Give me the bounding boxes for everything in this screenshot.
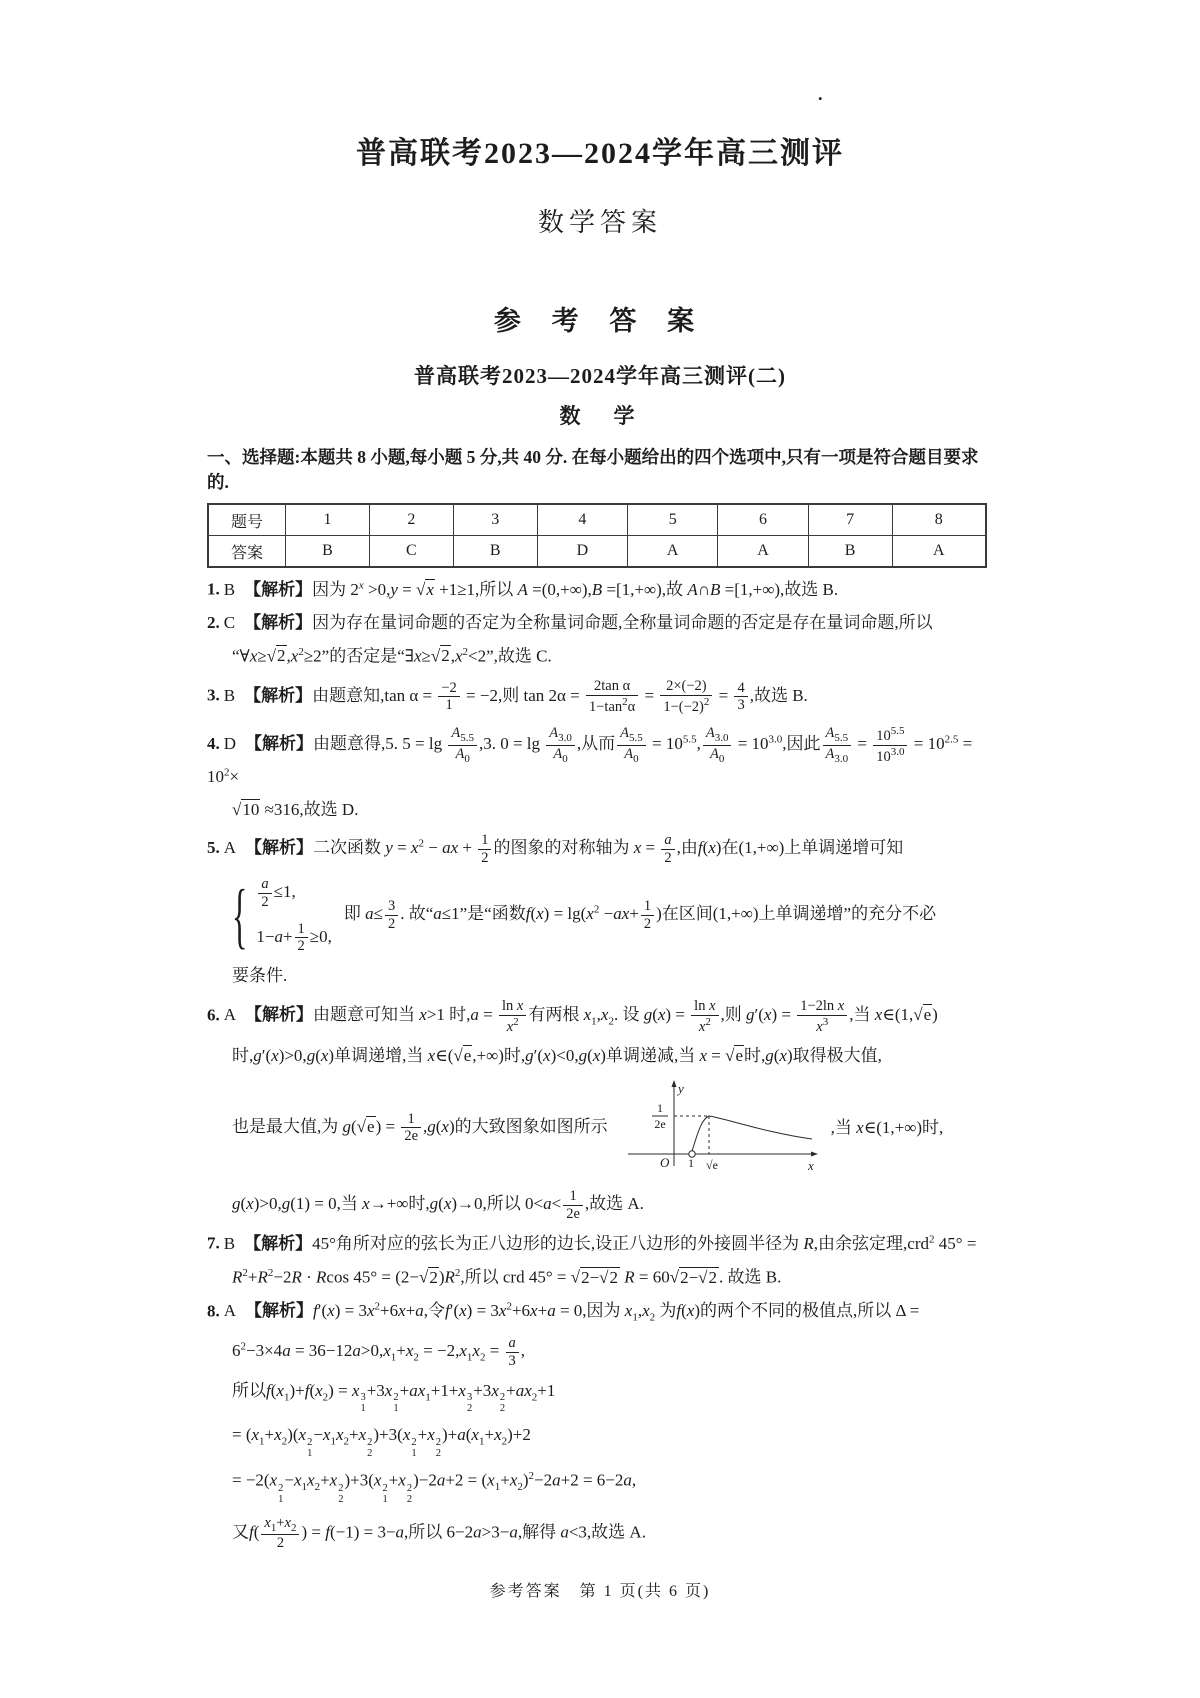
question-number-row: 题号 1 2 3 4 5 6 7 8 — [208, 504, 986, 536]
question-number: 3. — [207, 686, 220, 705]
solution-line: { a2≤1, 1−a+12≥0, 即 a≤32. 故“a≤1”是“函数f(x)… — [207, 876, 993, 955]
question-number-cell: 7 — [808, 504, 892, 536]
main-title: 普高联考2023—2024学年高三测评 — [207, 128, 993, 172]
solutions-list: 1.B【解析】因为 2x >0,y = √x +1≥1,所以 A =(0,+∞)… — [207, 578, 993, 1552]
solution-6: 6.A【解析】由题意可知当 x>1 时,a = ln xx2有两根 x1,x2.… — [207, 998, 993, 1222]
solution-line: 2.C【解析】因为存在量词命题的否定为全称量词命题,全称量词命题的否定是存在量词… — [207, 612, 993, 635]
page-footer: 参考答案 第 1 页(共 6 页) — [207, 1578, 993, 1601]
solution-text: 【解析】因为存在量词命题的否定为全称量词命题,全称量词命题的否定是存在量词命题,… — [244, 613, 933, 632]
question-number-cell: 1 — [286, 504, 370, 536]
answer-letter: A — [224, 1005, 236, 1024]
solution-2: 2.C【解析】因为存在量词命题的否定为全称量词命题,全称量词命题的否定是存在量词… — [207, 612, 993, 669]
solution-text: ,当 x∈(1,+∞)时, — [831, 1117, 944, 1140]
solution-line: 时,g′(x)>0,g(x)单调递增,当 x∈(√e,+∞)时,g′(x)<0,… — [207, 1045, 993, 1068]
solution-text: 即 a≤32. 故“a≤1”是“函数f(x) = lg(x2 −ax+12)在区… — [344, 898, 936, 932]
solution-7: 7.B【解析】45°角所对应的弦长为正八边形的边长,设正八边形的外接圆半径为 R… — [207, 1232, 993, 1289]
answer-cell: B — [453, 536, 537, 568]
answer-letter: A — [224, 838, 236, 857]
solution-line: 7.B【解析】45°角所对应的弦长为正八边形的边长,设正八边形的外接圆半径为 R… — [207, 1232, 993, 1256]
solution-line: 6.A【解析】由题意可知当 x>1 时,a = ln xx2有两根 x1,x2.… — [207, 998, 993, 1035]
question-number: 8. — [207, 1301, 220, 1320]
answer-cell: D — [537, 536, 627, 568]
question-number-cell: 4 — [537, 504, 627, 536]
question-number-cell: 2 — [369, 504, 453, 536]
solution-line: g(x)>0,g(1) = 0,当 x→+∞时,g(x)→0,所以 0<a<12… — [207, 1188, 993, 1222]
g-function-curve — [692, 1116, 812, 1151]
subtitle: 数学答案 — [207, 202, 993, 239]
x-tick-1: 1 — [688, 1156, 694, 1170]
section-1-header: 一、选择题:本题共 8 小题,每小题 5 分,共 40 分. 在每小题给出的四个… — [207, 444, 993, 494]
content-column: 普高联考2023—2024学年高三测评 数学答案 参 考 答 案 普高联考202… — [207, 0, 993, 1601]
question-number: 2. — [207, 613, 220, 632]
solution-text: 【解析】45°角所对应的弦长为正八边形的边长,设正八边形的外接圆半径为 R,由余… — [244, 1234, 976, 1253]
answer-cell: B — [286, 536, 370, 568]
solution-line: R2+R2−2R · Rcos 45° = (2−√2)R2,所以 crd 45… — [207, 1266, 993, 1290]
solution-3: 3.B【解析】由题意知,tan α = −21 = −2,则 tan 2α = … — [207, 678, 993, 715]
case-condition-2: 1−a+12≥0, — [256, 921, 332, 955]
table-row-label: 题号 — [208, 504, 286, 536]
solution-text: 【解析】因为 2x >0,y = √x +1≥1,所以 A =(0,+∞),B … — [244, 580, 838, 599]
solution-line-with-graph: 也是最大值,为 g(√e) = 12e,g(x)的大致图象如图所示 — [207, 1078, 993, 1178]
solution-line: 62−3×4a = 36−12a>0,x1+x2 = −2,x1x2 = a3, — [207, 1335, 993, 1369]
answer-letter: D — [224, 734, 236, 753]
question-number-cell: 8 — [892, 504, 986, 536]
question-number-cell: 3 — [453, 504, 537, 536]
solution-line: 4.D【解析】由题意得,5. 5 = lg A5.5A0,3. 0 = lg A… — [207, 725, 993, 789]
answer-cell: A — [628, 536, 718, 568]
solution-line: 5.A【解析】二次函数 y = x2 − ax + 12的图象的对称轴为 x =… — [207, 832, 993, 866]
frac-denominator-label: 2e — [654, 1117, 665, 1131]
answer-letter: B — [224, 580, 235, 599]
y-axis-arrow — [671, 1080, 676, 1087]
solution-line: 1.B【解析】因为 2x >0,y = √x +1≥1,所以 A =(0,+∞)… — [207, 578, 993, 602]
x-tick-sqrt-e: √e — [706, 1158, 718, 1172]
solution-line: 又f(x1+x22) = f(−1) = 3−a,所以 6−2a>3−a,解得 … — [207, 1515, 993, 1552]
answer-letter: B — [224, 1234, 235, 1253]
subject-title: 数 学 — [207, 400, 993, 430]
question-number: 1. — [207, 580, 220, 599]
reference-answers-heading: 参 考 答 案 — [207, 299, 993, 338]
question-number: 6. — [207, 1005, 220, 1024]
solution-line: = −2(x21−x1x2+x22)+3(x21+x22)−2a+2 = (x1… — [207, 1469, 993, 1504]
solution-text: 也是最大值,为 g(√e) = 12e,g(x)的大致图象如图所示 — [232, 1111, 608, 1145]
answer-table: 题号 1 2 3 4 5 6 7 8 答案 B C B D A A B A — [207, 503, 987, 568]
answer-cell: B — [808, 536, 892, 568]
solution-text: 【解析】f′(x) = 3x2+6x+a,令f′(x) = 3x2+6x+a =… — [245, 1301, 919, 1320]
question-number-cell: 6 — [718, 504, 808, 536]
x-axis-arrow — [811, 1151, 818, 1156]
solution-text: 【解析】由题意知,tan α = −21 = −2,则 tan 2α = 2ta… — [244, 686, 808, 705]
case-condition-1: a2≤1, — [256, 876, 332, 910]
question-number: 7. — [207, 1234, 220, 1253]
solution-line: √10 ≈316,故选 D. — [207, 799, 993, 822]
answer-cell: A — [892, 536, 986, 568]
solution-8: 8.A【解析】f′(x) = 3x2+6x+a,令f′(x) = 3x2+6x+… — [207, 1300, 993, 1552]
y-axis-label: y — [676, 1081, 684, 1096]
solution-line: “∀x≥√2,x2≥2”的否定是“∃x≥√2,x2<2”,故选 C. — [207, 645, 993, 669]
answer-letter: C — [224, 613, 235, 632]
document-page: . 普高联考2023—2024学年高三测评 数学答案 参 考 答 案 普高联考2… — [0, 0, 1200, 1698]
function-graph: y x O 1 2e 1 √e — [612, 1078, 827, 1178]
answer-cell: A — [718, 536, 808, 568]
solution-text: 【解析】二次函数 y = x2 − ax + 12的图象的对称轴为 x = a2… — [245, 838, 903, 857]
solution-5: 5.A【解析】二次函数 y = x2 − ax + 12的图象的对称轴为 x =… — [207, 832, 993, 988]
case-conditions: a2≤1, 1−a+12≥0, — [256, 876, 332, 955]
solution-line: 所以f(x1)+f(x2) = x31+3x21+ax1+1+x32+3x22+… — [207, 1380, 993, 1415]
solution-line: 3.B【解析】由题意知,tan α = −21 = −2,则 tan 2α = … — [207, 678, 993, 715]
solution-1: 1.B【解析】因为 2x >0,y = √x +1≥1,所以 A =(0,+∞)… — [207, 578, 993, 602]
frac-numerator-label: 1 — [657, 1101, 663, 1115]
answer-letter: A — [224, 1301, 236, 1320]
cases-brace-group: { a2≤1, 1−a+12≥0, — [232, 876, 332, 955]
answer-letter: B — [224, 686, 235, 705]
solution-line: 要条件. — [207, 965, 993, 988]
left-brace: { — [232, 866, 247, 965]
solution-line: = (x1+x2)(x21−x1x2+x22)+3(x21+x22)+a(x1+… — [207, 1424, 993, 1459]
question-number-cell: 5 — [628, 504, 718, 536]
question-number: 5. — [207, 838, 220, 857]
x-axis-label: x — [807, 1158, 814, 1173]
solution-text: 【解析】由题意得,5. 5 = lg A5.5A0,3. 0 = lg A3.0… — [207, 734, 972, 786]
origin-label: O — [660, 1155, 670, 1170]
answer-row: 答案 B C B D A A B A — [208, 536, 986, 568]
question-number: 4. — [207, 734, 220, 753]
exam-title: 普高联考2023—2024学年高三测评(二) — [207, 360, 993, 390]
solution-4: 4.D【解析】由题意得,5. 5 = lg A5.5A0,3. 0 = lg A… — [207, 725, 993, 822]
table-row-label: 答案 — [208, 536, 286, 568]
solution-text: 【解析】由题意可知当 x>1 时,a = ln xx2有两根 x1,x2. 设 … — [245, 1005, 938, 1024]
solution-line: 8.A【解析】f′(x) = 3x2+6x+a,令f′(x) = 3x2+6x+… — [207, 1300, 993, 1326]
answer-cell: C — [369, 536, 453, 568]
